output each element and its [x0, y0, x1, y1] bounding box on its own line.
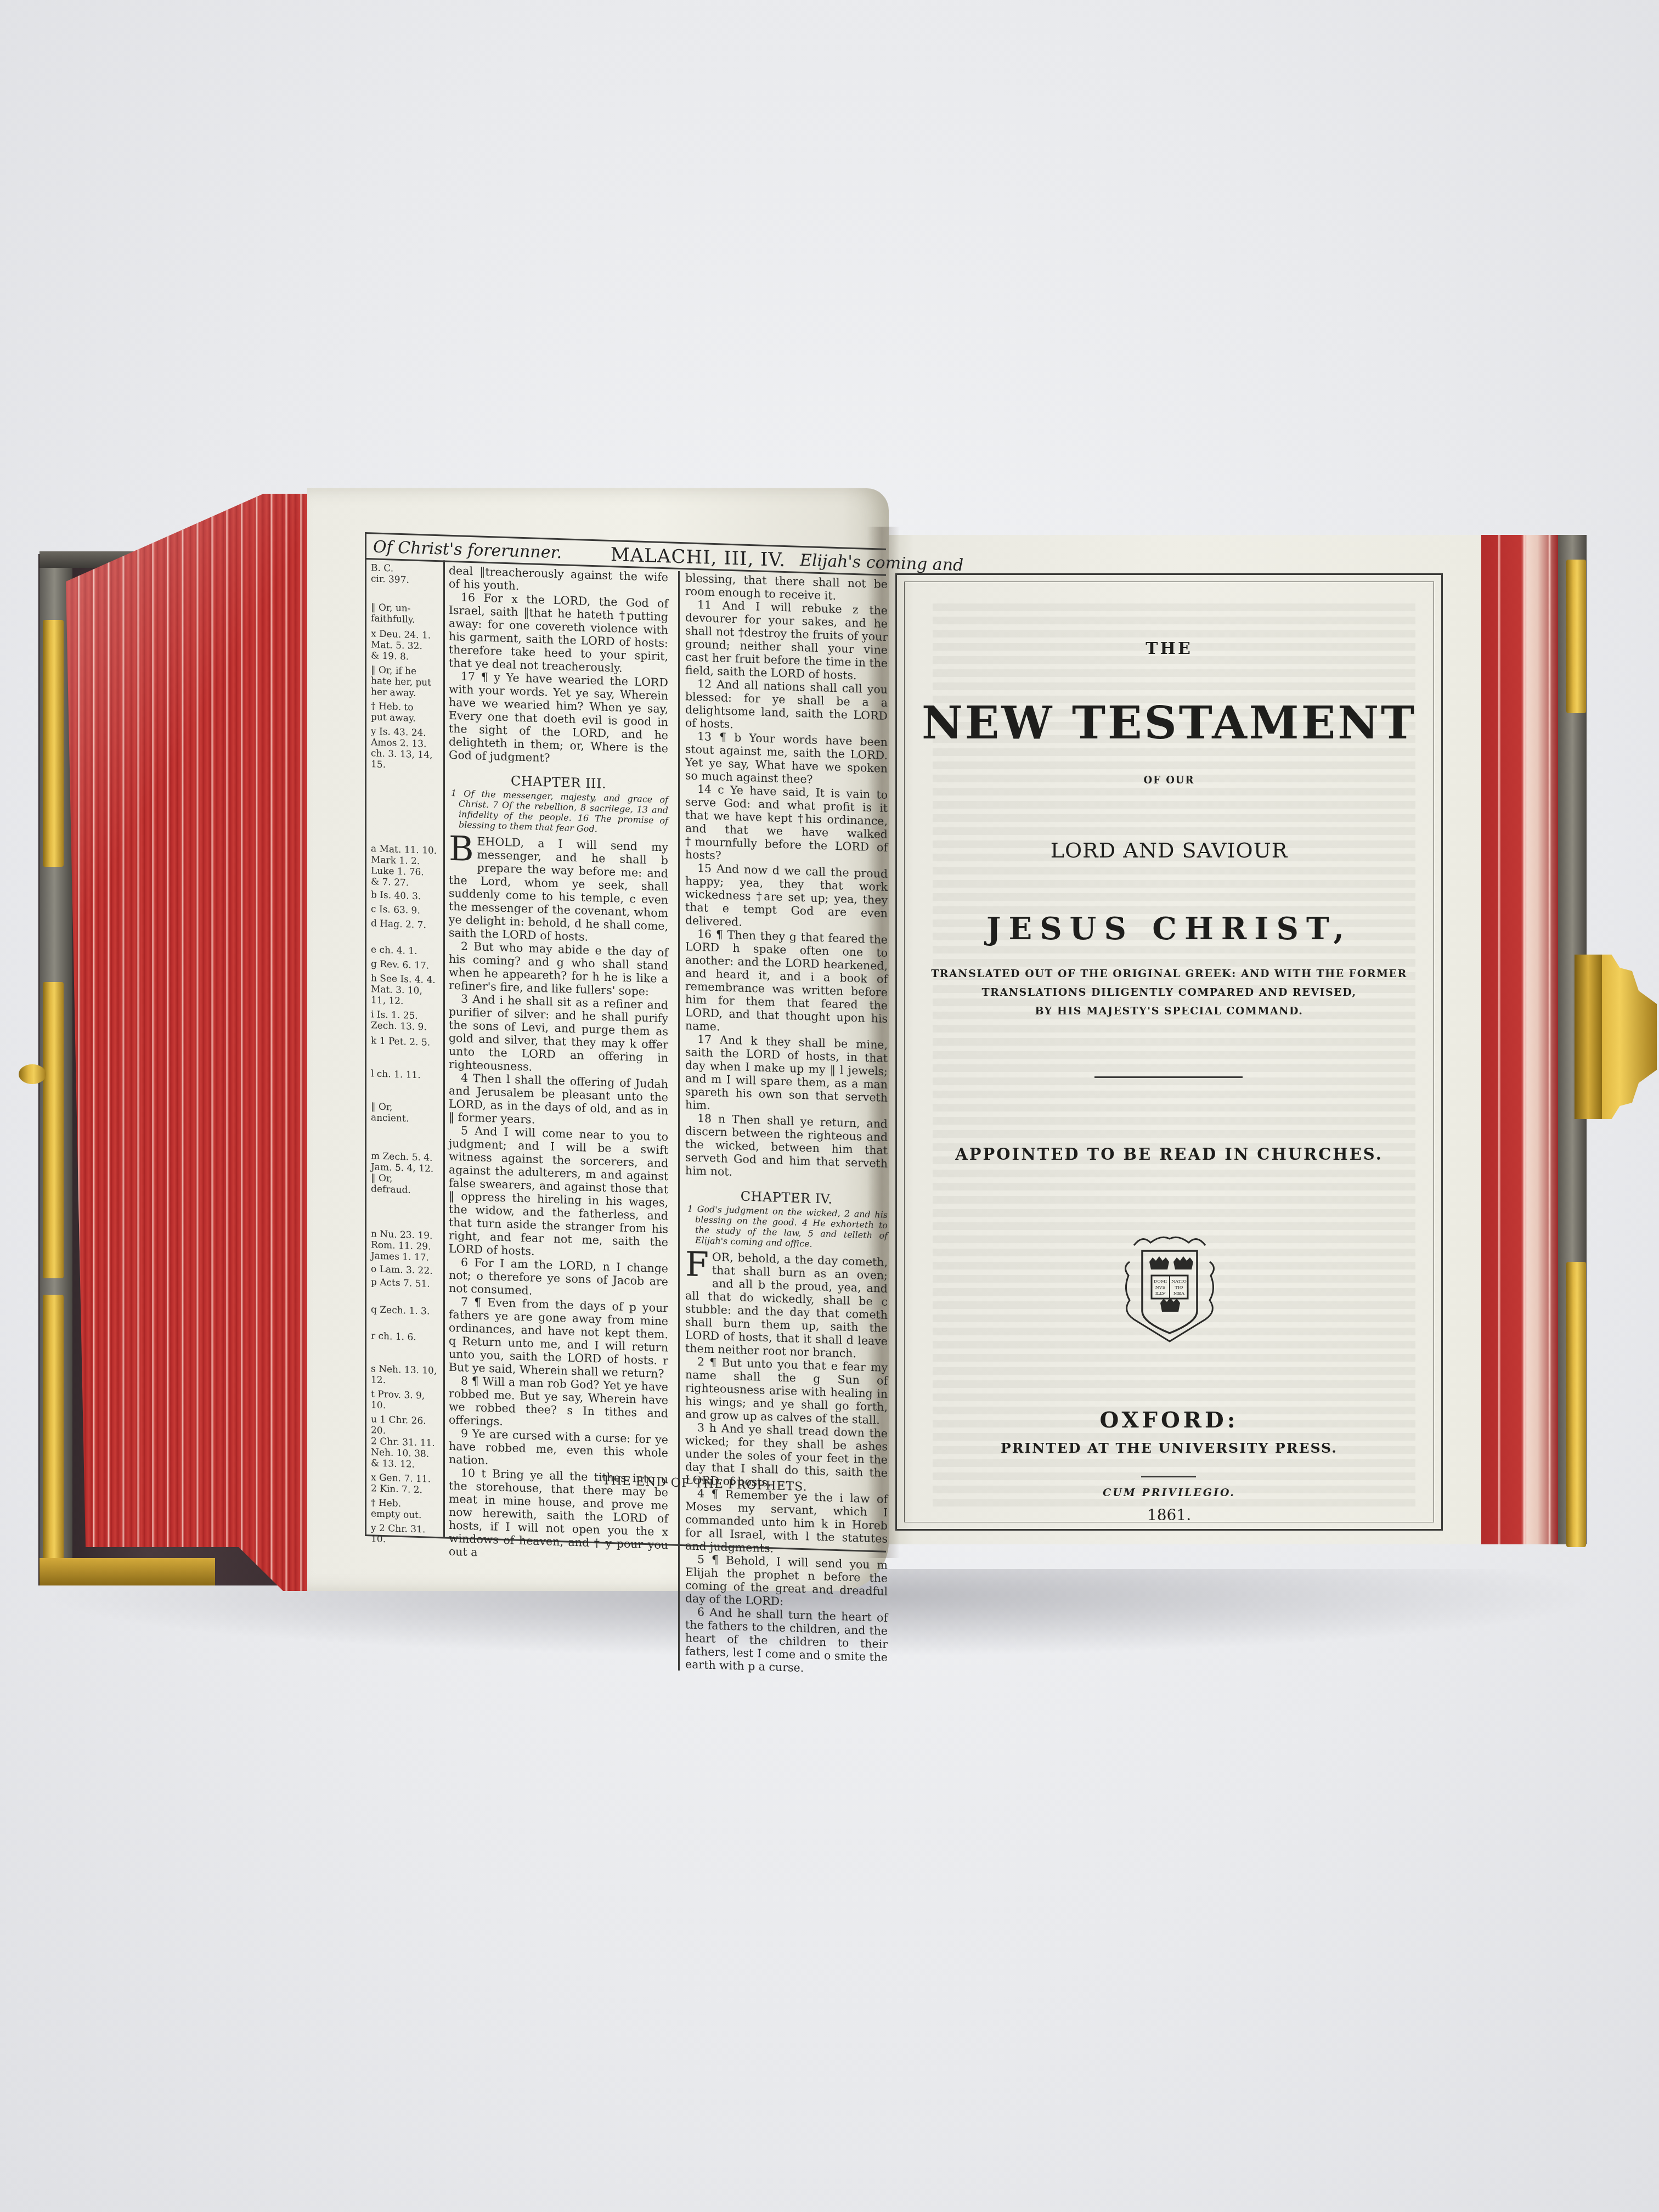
verse: 2 But who may abide e the day of his com…: [449, 939, 668, 999]
verse: 17 ¶ y Ye have wearied the LORD with you…: [449, 669, 668, 769]
verse: 17 And k they shall be mine, saith the L…: [685, 1032, 888, 1118]
margin-note: u 1 Chr. 26. 20. 2 Chr. 31. 11. Neh. 10.…: [371, 1414, 441, 1471]
verse: 5 And I will come near to you to judgmen…: [449, 1124, 668, 1262]
brass-corner-icon: [43, 1295, 64, 1580]
brass-corner-icon: [43, 620, 64, 867]
margin-note: l ch. 1. 11.: [371, 1068, 441, 1081]
text-column-2: blessing, that there shall not be room e…: [678, 571, 888, 1677]
svg-text:DOMI: DOMI: [1154, 1279, 1167, 1284]
margin-note: i Is. 1. 25. Zech. 13. 9.: [371, 1009, 441, 1033]
red-gilt-page-edge-right: [1476, 535, 1558, 1544]
title-jesus-christ: JESUS CHRIST,: [904, 911, 1434, 947]
title-lord-and-saviour: LORD AND SAVIOUR: [904, 838, 1434, 862]
margin-note: x Gen. 7. 11. 2 Kin. 7. 2.: [371, 1472, 441, 1496]
verse: 4 Then l shall the offering of Judah and…: [449, 1071, 668, 1131]
svg-text:MEA: MEA: [1173, 1291, 1184, 1296]
clasp-knob-icon[interactable]: [19, 1064, 46, 1084]
title-of-our: OF OUR: [904, 775, 1434, 786]
cum-privilegio: CUM PRIVILEGIO.: [904, 1487, 1434, 1499]
margin-note: y 2 Chr. 31. 10.: [371, 1522, 441, 1547]
margin-note: k 1 Pet. 2. 5.: [371, 1035, 441, 1048]
margin-note: a Mat. 11. 10. Mark 1. 2. Luke 1. 76. & …: [371, 843, 441, 889]
chapter-summary: 1 Of the messenger, majesty, and grace o…: [449, 788, 668, 837]
margin-note: o Lam. 3. 22.: [371, 1263, 441, 1277]
margin-note: † Heb. empty out.: [371, 1497, 441, 1521]
cross-reference-margin: B. C. cir. 397.‖ Or, un- faithfully.x De…: [366, 558, 445, 1537]
verse: 3 And i he shall sit as a refiner and pu…: [449, 992, 668, 1078]
margin-note: h See Is. 4. 4. Mat. 3. 10, 11, 12.: [371, 973, 441, 1008]
translation-line-1: TRANSLATED OUT OF THE ORIGINAL GREEK: AN…: [904, 964, 1434, 983]
verse: 5 ¶ Behold, I will send you m Elijah the…: [685, 1552, 888, 1611]
drop-cap: B: [449, 835, 474, 863]
drop-cap: F: [685, 1250, 709, 1278]
verse: 16 ¶ Then they g that feared the LORD h …: [685, 927, 888, 1039]
margin-note: t Prov. 3. 9, 10.: [371, 1389, 441, 1413]
margin-note: d Hag. 2. 7.: [371, 918, 441, 931]
margin-note: † Heb. to put away.: [371, 701, 441, 725]
margin-note: B. C. cir. 397.: [371, 562, 441, 586]
svg-text:NATIO: NATIO: [1171, 1279, 1187, 1284]
margin-note: n Nu. 23. 19. Rom. 11. 29. James 1. 17.: [371, 1228, 441, 1263]
verse: 6 For I am the LORD, n I change not; o t…: [449, 1255, 668, 1302]
translation-note: TRANSLATED OUT OF THE ORIGINAL GREEK: AN…: [904, 964, 1434, 1020]
publication-year: 1861.: [904, 1506, 1434, 1524]
brass-clasp-bar-icon: [43, 982, 64, 1278]
margin-note: g Rev. 6. 17.: [371, 958, 441, 972]
verse: 13 ¶ b Your words have been stout agains…: [685, 729, 888, 788]
verse: 14 c Ye have said, It is vain to serve G…: [685, 782, 888, 867]
margin-note: m Zech. 5. 4. Jam. 5. 4, 12. ‖ Or, defra…: [371, 1150, 441, 1197]
appointed-line: APPOINTED TO BE READ IN CHURCHES.: [904, 1145, 1434, 1164]
imprint-printer: PRINTED AT THE UNIVERSITY PRESS.: [904, 1440, 1434, 1456]
verse: 15 And now d we call the proud happy; ye…: [685, 861, 888, 933]
margin-note: x Deu. 24. 1. Mat. 5. 32. & 19. 8.: [371, 628, 441, 663]
verse: EHOLD, a I will send my messenger, and h…: [449, 834, 668, 943]
margin-note: ‖ Or, if he hate her, put her away.: [371, 664, 441, 699]
brass-corner-icon: [1566, 1262, 1586, 1547]
page-edge-shine: [66, 494, 313, 1591]
title-the: THE: [904, 639, 1434, 658]
verse: 11 And I will rebuke z the devourer for …: [685, 597, 888, 683]
imprint-city: OXFORD:: [904, 1407, 1434, 1433]
verse: 7 ¶ Even from the days of p your fathers…: [449, 1295, 668, 1381]
oxford-university-crest-icon: DOMI NVS ILLV NATIO TIO MEA: [1118, 1229, 1222, 1350]
verse: 8 ¶ Will a man rob God? Yet ye have robb…: [449, 1374, 668, 1434]
margin-note: e ch. 4. 1.: [371, 944, 441, 957]
brass-corner-icon: [1566, 560, 1586, 713]
text-column-1: deal ‖treacherously against the wife of …: [449, 564, 668, 1565]
margin-note: s Neh. 13. 10, 12.: [371, 1363, 441, 1387]
verse: 6 And he shall turn the heart of the fat…: [685, 1605, 888, 1677]
divider-rule: [1094, 1076, 1243, 1078]
verse: 4 ¶ Remember ye the i law of Moses my se…: [685, 1486, 888, 1559]
margin-note: q Zech. 1. 3.: [371, 1304, 441, 1317]
chapter-summary: 1 God's judgment on the wicked, 2 and hi…: [685, 1203, 888, 1251]
clasp-hinge-icon: [1575, 955, 1602, 1119]
verse: 16 For x the LORD, the God of Israel, sa…: [449, 590, 668, 676]
margin-note: r ch. 1. 6.: [371, 1330, 441, 1344]
translation-line-3: BY HIS MAJESTY'S SPECIAL COMMAND.: [904, 1002, 1434, 1020]
verse: 18 n Then shall ye return, and discern b…: [685, 1111, 888, 1183]
svg-text:NVS: NVS: [1155, 1285, 1165, 1290]
svg-text:ILLV: ILLV: [1155, 1291, 1166, 1296]
brass-bottom-corner-icon: [39, 1558, 215, 1585]
margin-note: y Is. 43. 24. Amos 2. 13. ch. 3. 13, 14,…: [371, 726, 441, 772]
margin-note: ‖ Or, ancient.: [371, 1101, 441, 1125]
title-new-testament: NEW TESTAMENT: [904, 697, 1434, 749]
margin-note: c Is. 63. 9.: [371, 904, 441, 917]
margin-note: p Acts 7. 51.: [371, 1277, 441, 1290]
verse: 2 ¶ But unto you that e fear my name sha…: [685, 1355, 888, 1427]
verse: OR, behold, a the day cometh, that shall…: [685, 1250, 888, 1360]
divider-rule-small: [1141, 1476, 1196, 1477]
translation-line-2: TRANSLATIONS DILIGENTLY COMPARED AND REV…: [904, 983, 1434, 1002]
header-book-chapter: MALACHI, III, IV.: [611, 544, 786, 571]
margin-note: b Is. 40. 3.: [371, 889, 441, 902]
verse: 9 Ye are cursed with a curse: for ye hav…: [449, 1426, 668, 1473]
margin-note: ‖ Or, un- faithfully.: [371, 602, 441, 626]
left-page-text-frame: Of Christ's forerunner. MALACHI, III, IV…: [365, 532, 886, 1553]
svg-text:TIO: TIO: [1175, 1285, 1183, 1290]
verse: 12 And all nations shall call you blesse…: [685, 676, 888, 736]
